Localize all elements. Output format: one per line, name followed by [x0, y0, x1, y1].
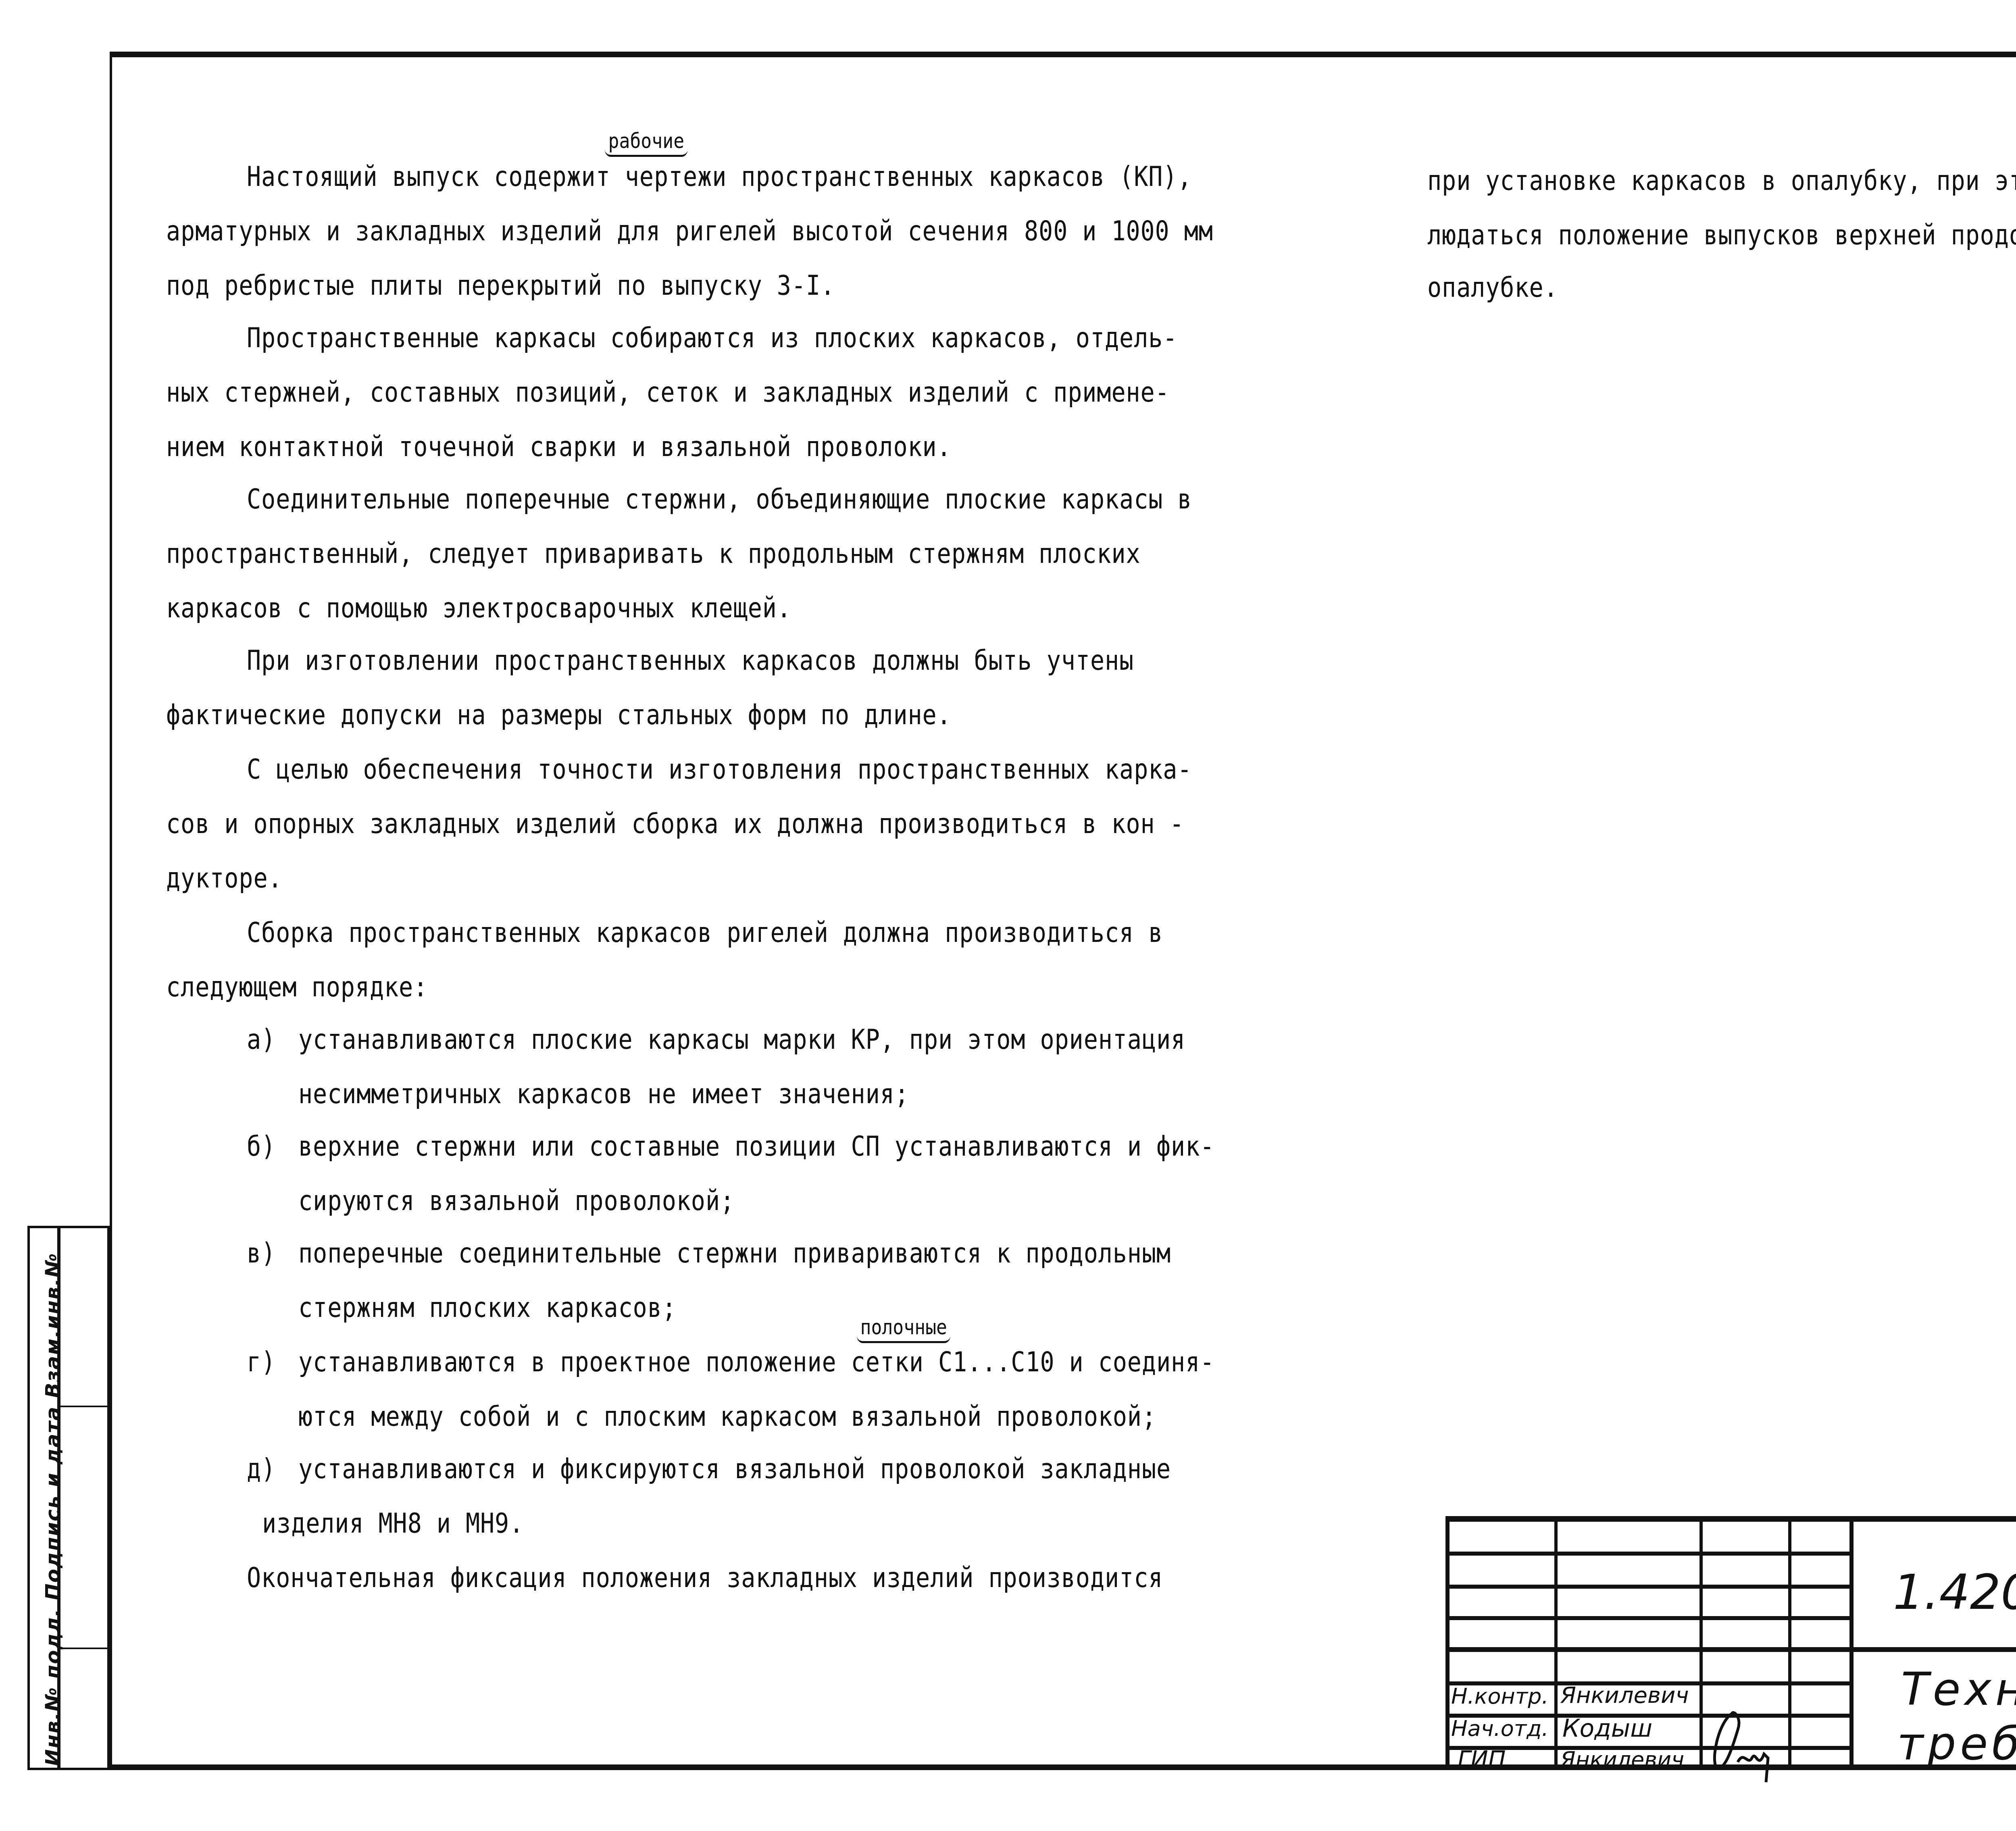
list-item-line: устанавливаются плоские каркасы марки КР…: [298, 1026, 1185, 1054]
tb-line: [1849, 1516, 1854, 1770]
list-item-line: несимметричных каркасов не имеет значени…: [298, 1081, 909, 1108]
document-title-line1: Технические: [1901, 1663, 2016, 1716]
signature-role: Н.контр.: [1451, 1683, 1549, 1709]
text-line: ных стержней, составных позиций, сеток и…: [166, 379, 1170, 406]
list-marker: г): [247, 1349, 276, 1376]
text-line: пространственный, следует приваривать к …: [166, 540, 1141, 568]
side-stamp-cell: [60, 1228, 107, 1407]
list-item-line: устанавливаются в проектное положение се…: [298, 1349, 1214, 1376]
list-item-line: верхние стержни или составные позиции СП…: [298, 1133, 1214, 1160]
list-item-line: стержням плоских каркасов;: [298, 1294, 677, 1322]
list-marker: в): [247, 1240, 276, 1267]
list-item-line: устанавливаются и фиксируются вязальной …: [298, 1456, 1171, 1483]
text-line: сов и опорных закладных изделий сборка и…: [166, 810, 1184, 838]
signature-role: Нач.отд.: [1451, 1716, 1549, 1741]
text-line: при установке каркасов в опалубку, при э…: [1427, 167, 2016, 195]
text-line: Настоящий выпуск содержит чертежи простр…: [247, 163, 1192, 191]
tb-line: [1445, 1585, 1853, 1589]
signature-name: Янкилевич: [1560, 1747, 1684, 1772]
tb-line: [1445, 1516, 1450, 1770]
side-stamp-text: Инв.№ подл. Подпись и дата Взам.инв.№: [41, 1252, 65, 1766]
text-line: арматурных и закладных изделий для ригел…: [166, 218, 1213, 245]
side-stamp-cell: [60, 1406, 107, 1649]
insertion-polochnye: полочные: [857, 1315, 951, 1343]
text-line: нием контактной точечной сварки и вязаль…: [166, 433, 952, 461]
signature-role: ГИП: [1458, 1746, 1506, 1773]
document-title-line2: требования: [1897, 1718, 2016, 1770]
tb-line: [1445, 1647, 2016, 1652]
text-line: фактические допуски на размеры стальных …: [166, 702, 952, 729]
text-line: опалубке.: [1427, 274, 1558, 302]
text-line: Сборка пространственных каркасов ригелей…: [247, 919, 1163, 947]
tb-line: [1699, 1516, 1703, 1770]
insertion-rabochie: рабочие: [605, 129, 688, 157]
list-marker: а): [247, 1026, 276, 1054]
signature-name: Янкилевич: [1560, 1682, 1689, 1708]
handwritten-signature-icon: [1704, 1706, 1784, 1786]
list-item-line: ются между собой и с плоским каркасом вя…: [298, 1403, 1156, 1431]
text-line: людаться положение выпусков верхней прод…: [1427, 222, 2016, 249]
tb-line: [1554, 1516, 1558, 1770]
text-line: каркасов с помощью электросварочных клещ…: [166, 595, 791, 622]
list-marker: д): [247, 1456, 276, 1483]
text-line: под ребристые плиты перекрытий по выпуск…: [166, 272, 835, 300]
text-line: дукторе.: [166, 865, 283, 892]
tb-line: [1445, 1616, 1853, 1620]
text-line: Пространственные каркасы собираются из п…: [247, 325, 1177, 352]
text-line: Окончательная фиксация положения закладн…: [247, 1564, 1163, 1592]
tb-line: [1788, 1516, 1791, 1770]
list-marker: б): [247, 1133, 276, 1160]
tb-line: [1445, 1516, 2016, 1522]
text-line: С целью обеспечения точности изготовлени…: [247, 756, 1192, 783]
tb-line: [1445, 1552, 1853, 1556]
text-line: При изготовлении пространственных каркас…: [247, 647, 1134, 675]
list-item-line: изделия МН8 и МН9.: [262, 1510, 524, 1537]
side-stamp: [27, 1226, 110, 1770]
list-item-line: поперечные соединительные стержни привар…: [298, 1240, 1171, 1267]
text-line: Соединительные поперечные стержни, объед…: [247, 486, 1192, 513]
text-line: следующем порядке:: [166, 974, 428, 1001]
signature-name: Кодыш: [1562, 1714, 1652, 1743]
title-block: Н.контр. Янкилевич Нач.отд. Кодыш ГИП Ян…: [1445, 1516, 2016, 1770]
document-designation: 1.420.1-32. 3-2 - ТТ.: [1893, 1564, 2016, 1621]
list-item-line: сируются вязальной проволокой;: [298, 1187, 735, 1215]
